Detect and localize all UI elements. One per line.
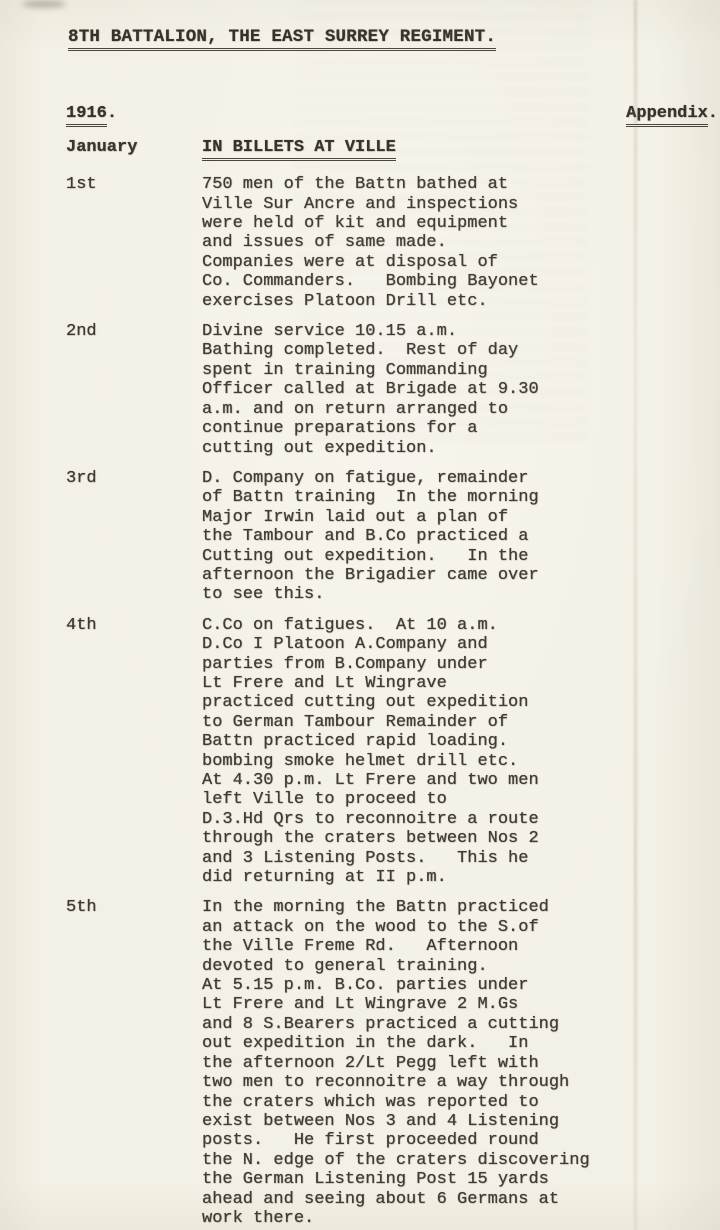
diary-entry: 5th In the morning the Battn practiced a… <box>66 898 718 1228</box>
section-heading: IN BILLETS AT VILLE <box>202 138 396 157</box>
section-heading-text: IN BILLETS AT VILLE <box>202 138 396 161</box>
diary-entry: 1st 750 men of the Battn bathed at Ville… <box>66 175 718 311</box>
diary-entries: 1st 750 men of the Battn bathed at Ville… <box>66 175 718 1228</box>
entry-day-label: 1st <box>66 175 202 311</box>
entry-text: In the morning the Battn practiced an at… <box>202 898 718 1228</box>
entry-day-label: 3rd <box>66 469 202 605</box>
year-text: 1916 <box>66 104 107 127</box>
page-title-text: 8TH BATTALION, THE EAST SURREY REGIMENT. <box>68 27 496 51</box>
diary-entry: 2nd Divine service 10.15 a.m. Bathing co… <box>66 322 718 458</box>
diary-entry: 3rd D. Company on fatigue, remainder of … <box>66 469 718 605</box>
diary-entry: 4th C.Co on fatigues. At 10 a.m. D.Co I … <box>66 616 718 888</box>
entry-text: Divine service 10.15 a.m. Bathing comple… <box>202 322 718 458</box>
entry-text: 750 men of the Battn bathed at Ville Sur… <box>202 175 718 311</box>
month-label: January <box>66 138 202 157</box>
appendix-text: Appendix <box>626 104 708 127</box>
appendix-period: . <box>708 104 718 123</box>
entry-text: D. Company on fatigue, remainder of Batt… <box>202 469 718 605</box>
entry-day-label: 2nd <box>66 322 202 458</box>
entry-day-label: 5th <box>66 898 202 1228</box>
page-header: 8TH BATTALION, THE EAST SURREY REGIMENT.… <box>66 28 718 157</box>
month-row: January IN BILLETS AT VILLE <box>66 138 718 157</box>
entry-text: C.Co on fatigues. At 10 a.m. D.Co I Plat… <box>202 616 718 888</box>
entry-day-label: 4th <box>66 616 202 888</box>
year-appendix-row: 1916. Appendix. <box>66 104 718 123</box>
year-label: 1916. <box>66 104 117 123</box>
appendix-label: Appendix. <box>626 104 718 123</box>
page-title: 8TH BATTALION, THE EAST SURREY REGIMENT. <box>68 28 718 47</box>
year-period: . <box>107 104 117 123</box>
scanned-diary-page: 8TH BATTALION, THE EAST SURREY REGIMENT.… <box>0 0 720 1230</box>
scan-corner-mark <box>22 0 66 8</box>
